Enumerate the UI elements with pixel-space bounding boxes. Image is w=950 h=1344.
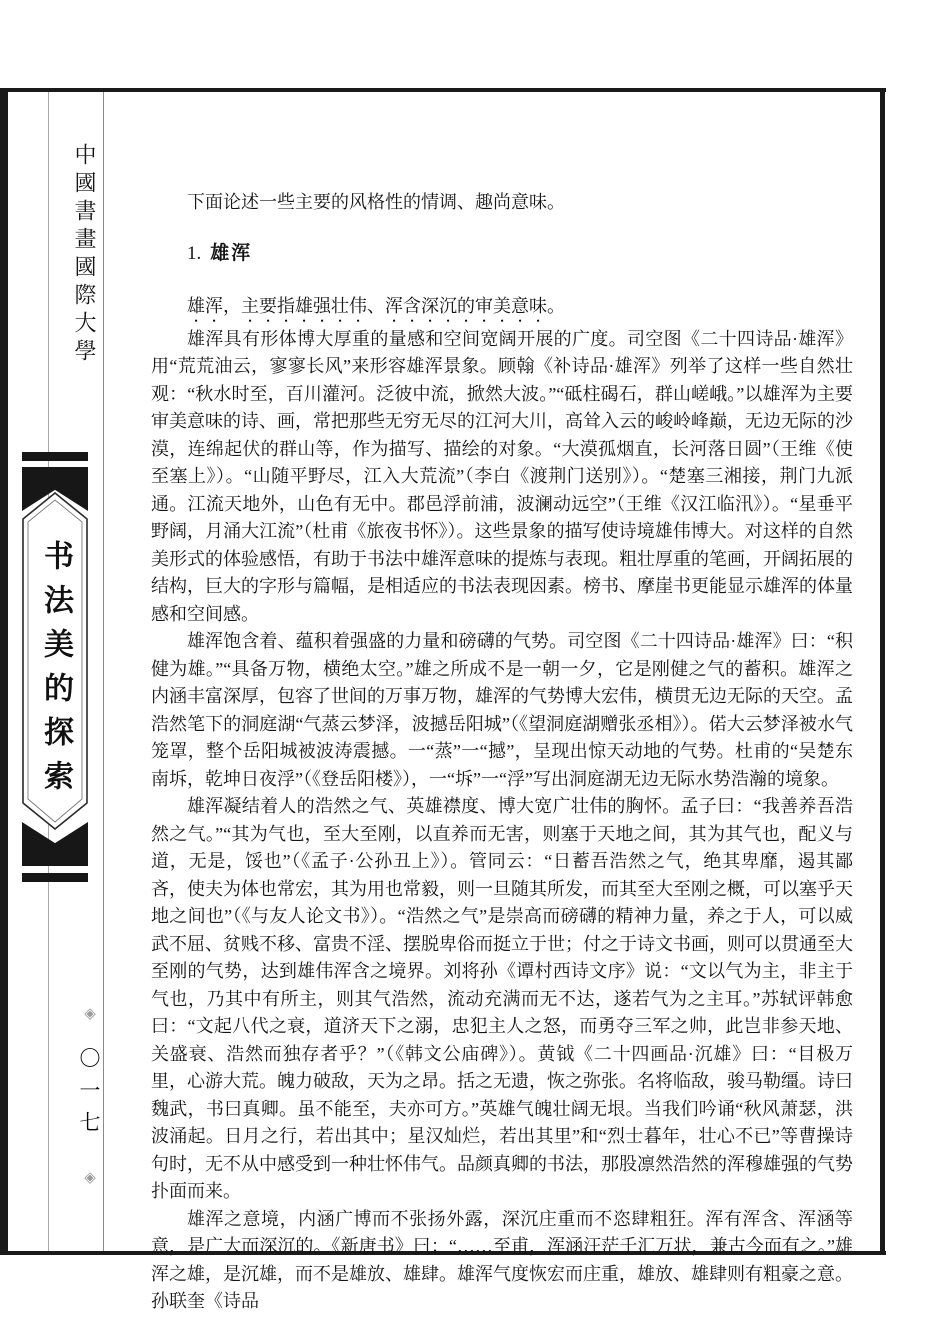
body-paragraph-2: 雄浑饱含着、蕴积着强盛的力量和磅礴的气势。司空图《二十四诗品·雄浑》曰：“积健为… bbox=[151, 628, 853, 793]
diamond-ornament-bottom: ◈ bbox=[81, 1168, 97, 1186]
frame-top-rule bbox=[0, 88, 886, 92]
diamond-ornament-top: ◈ bbox=[81, 1004, 97, 1022]
section-title: 雄浑 bbox=[210, 243, 252, 264]
body-paragraph-1: 雄浑具有形体博大厚重的量感和空间宽阔开展的广度。司空图《二十四诗品·雄浑》用“荒… bbox=[151, 326, 853, 629]
frame-right-border bbox=[880, 88, 885, 1255]
book-title-banner: 书法美的探索 bbox=[20, 452, 90, 886]
book-page-scan: { "page": { "sidebar": { "vertical_label… bbox=[0, 0, 950, 1344]
page-body: 下面论述一些主要的风格性的情调、趣尚意味。 1.雄浑 雄浑，主要指雄强壮伟、浑含… bbox=[151, 189, 853, 1316]
emphasized-sentence: 雄浑，主要指雄强壮伟、浑含深沉的审美意味。 bbox=[151, 293, 853, 326]
frame-left-spine-bar bbox=[0, 88, 8, 1255]
body-paragraph-3: 雄浑凝结着人的浩然之气、英雄襟度、博大宽广壮伟的胸怀。孟子曰：“我善养吾浩然之气… bbox=[151, 793, 853, 1206]
book-title: 书法美的探索 bbox=[33, 540, 77, 804]
folio-column: ◈ 〇一七 ◈ bbox=[48, 1002, 104, 1188]
ribbon-bar-top bbox=[22, 452, 88, 461]
intro-paragraph: 下面论述一些主要的风格性的情调、趣尚意味。 bbox=[151, 189, 853, 217]
page-number: 〇一七 bbox=[77, 1047, 101, 1143]
edition-vertical-label: 中國書畫國際大學 bbox=[58, 143, 100, 367]
section-number: 1. bbox=[187, 243, 201, 264]
section-heading: 1.雄浑 bbox=[151, 242, 853, 266]
ribbon-bar-bottom bbox=[22, 873, 88, 882]
body-paragraph-4: 雄浑之意境，内涵广博而不张扬外露，深沉庄重而不恣肆粗狂。浑有浑含、浑涵等意，是广… bbox=[151, 1206, 853, 1316]
